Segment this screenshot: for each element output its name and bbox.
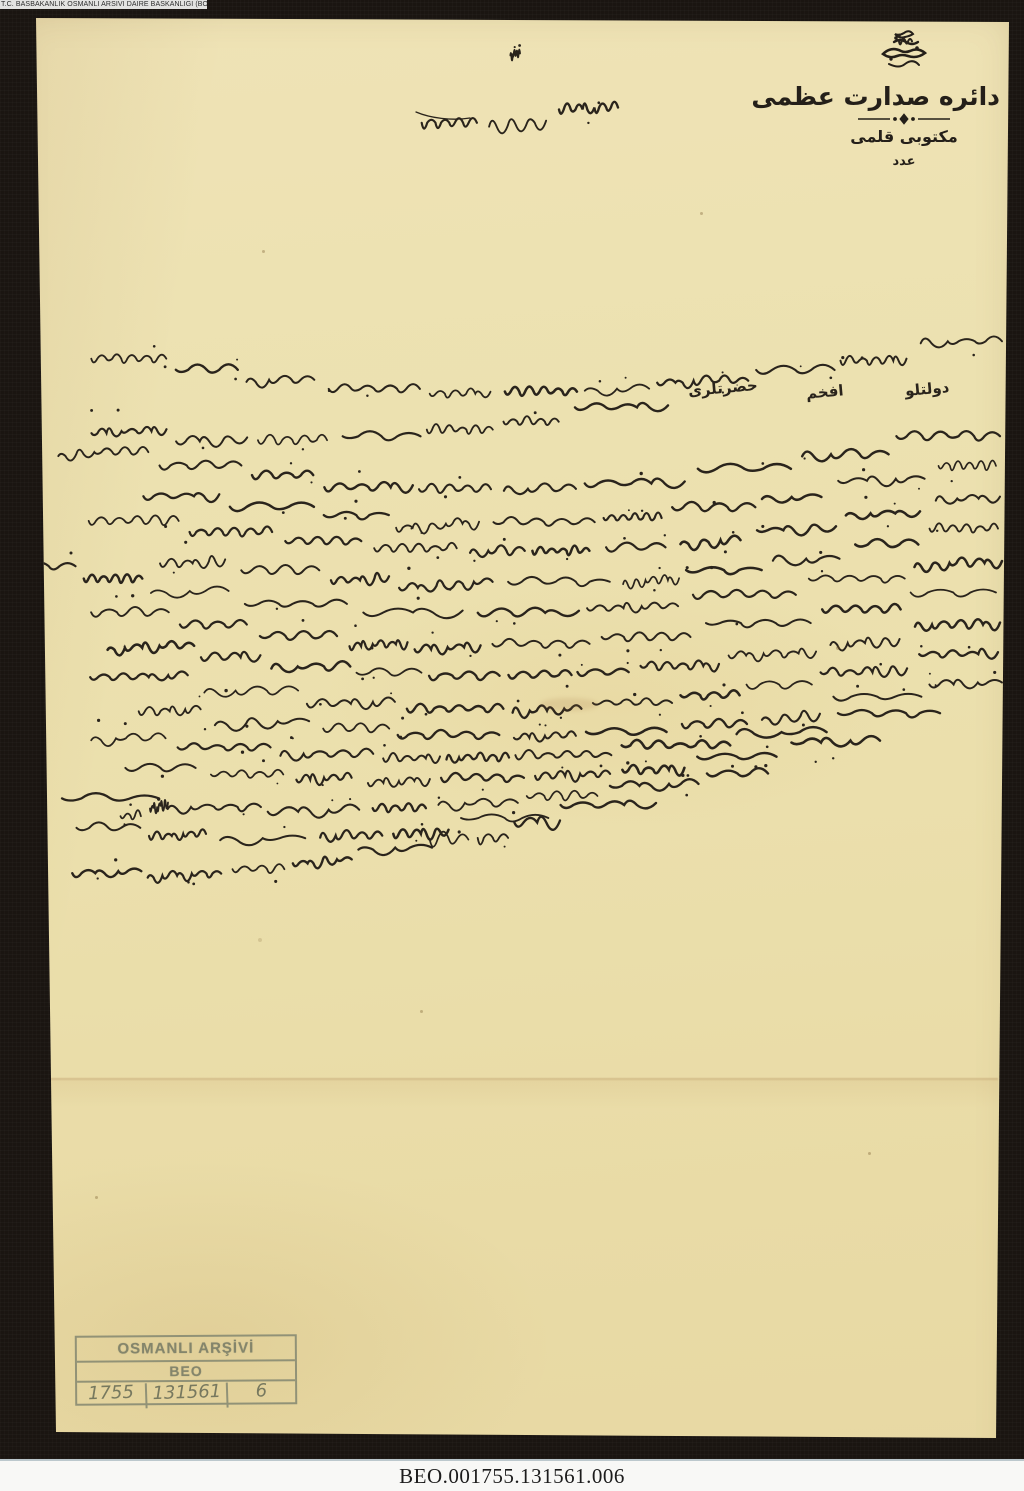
diacritic-dot xyxy=(310,481,312,483)
diacritic-dot xyxy=(420,532,422,534)
diacritic-dot xyxy=(361,678,364,681)
diacritic-dot xyxy=(407,567,410,570)
handwritten-word xyxy=(398,730,500,739)
handwritten-word xyxy=(585,385,649,396)
handwritten-word xyxy=(504,416,559,425)
diacritic-dot xyxy=(504,846,506,848)
handwritten-word xyxy=(84,574,142,583)
handwritten-word xyxy=(415,643,481,655)
diacritic-dot xyxy=(283,826,285,828)
diacritic-dot xyxy=(411,528,413,530)
speck xyxy=(420,1010,423,1013)
handwritten-line xyxy=(90,403,668,451)
diacritic-dot xyxy=(627,662,629,664)
handwritten-word xyxy=(0,563,75,570)
diacritic-dot xyxy=(951,480,953,482)
stamp-field-gomlek: 131561 xyxy=(145,1381,227,1409)
handwritten-word xyxy=(602,632,691,641)
diacritic-dot xyxy=(687,774,690,777)
handwritten-line xyxy=(422,101,618,133)
diacritic-dot xyxy=(761,525,764,528)
diacritic-dot xyxy=(243,813,245,815)
diacritic-dot xyxy=(626,649,629,652)
diacritic-dot xyxy=(710,566,713,569)
handwritten-line xyxy=(160,523,998,591)
handwritten-word xyxy=(430,388,491,397)
handwritten-word xyxy=(441,773,524,782)
diacritic-dot xyxy=(302,448,304,450)
diacritic-dot xyxy=(722,683,725,686)
diacritic-dot xyxy=(157,798,160,801)
handwritten-word xyxy=(108,641,194,655)
salutation-word-devletlu: دولتلو xyxy=(904,378,950,400)
handwritten-word xyxy=(693,590,796,599)
handwritten-word xyxy=(514,731,576,741)
handwritten-word xyxy=(559,102,618,114)
handwriting-svg xyxy=(0,0,1024,1491)
handwritten-word xyxy=(285,537,361,545)
diacritic-dot xyxy=(302,619,305,622)
diacritic-dot xyxy=(815,761,817,763)
diacritic-dot xyxy=(732,531,735,534)
handwritten-word xyxy=(936,495,1000,504)
handwritten-word xyxy=(846,511,920,519)
letterhead-divider-ornament-icon xyxy=(856,113,952,125)
diacritic-dot xyxy=(623,537,626,540)
handwritten-line xyxy=(108,619,1000,687)
handwritten-word xyxy=(58,447,148,461)
diacritic-dot xyxy=(245,725,248,728)
handwritten-word xyxy=(504,483,576,494)
handwritten-word xyxy=(756,365,834,374)
diacritic-dot xyxy=(224,689,227,692)
diacritic-dot xyxy=(660,649,662,651)
handwritten-word xyxy=(575,403,668,411)
handwritten-word xyxy=(830,638,899,651)
diacritic-dot xyxy=(97,877,99,879)
diacritic-dot xyxy=(517,700,520,703)
speck xyxy=(700,212,703,215)
diacritic-dot xyxy=(97,719,100,722)
diacritic-dot xyxy=(653,589,656,592)
handwritten-word xyxy=(840,356,906,365)
handwritten-word xyxy=(757,525,836,536)
diacritic-dot xyxy=(633,693,636,696)
handwritten-word xyxy=(220,836,305,846)
handwritten-word xyxy=(447,753,510,763)
diacritic-dot xyxy=(841,356,844,359)
diacritic-dot xyxy=(664,534,666,536)
handwritten-word xyxy=(139,706,201,716)
handwritten-word xyxy=(168,804,261,814)
handwritten-word xyxy=(623,575,679,589)
diacritic-dot xyxy=(518,44,521,47)
handwritten-word xyxy=(809,575,905,582)
handwritten-word xyxy=(190,527,273,537)
manuscript-paper-sheet: دائره صدارت عظمى مكتوبى قلمى عدد دولتلو … xyxy=(0,0,1024,1491)
diacritic-dot xyxy=(597,101,600,104)
diacritic-dot xyxy=(645,760,647,762)
diacritic-dot xyxy=(421,823,424,826)
handwritten-word xyxy=(176,364,238,372)
handwritten-word xyxy=(510,50,520,61)
handwritten-line xyxy=(89,495,1000,562)
diacritic-dot xyxy=(802,724,805,727)
handwritten-word xyxy=(148,871,221,883)
handwritten-word xyxy=(509,670,572,678)
diacritic-dot xyxy=(371,647,374,650)
diacritic-dot xyxy=(972,354,975,357)
diacritic-dot xyxy=(766,745,769,748)
handwritten-word xyxy=(374,543,457,552)
handwritten-word xyxy=(802,449,888,461)
scanned-document-viewport: دائره صدارت عظمى مكتوبى قلمى عدد دولتلو … xyxy=(0,0,1024,1491)
handwritten-word xyxy=(929,523,998,532)
diacritic-dot xyxy=(819,551,822,554)
diacritic-dot xyxy=(513,622,516,625)
handwritten-word xyxy=(201,652,260,662)
diacritic-dot xyxy=(358,470,361,473)
handwritten-word xyxy=(160,461,242,470)
diacritic-dot xyxy=(469,655,471,657)
diacritic-dot xyxy=(390,692,392,694)
handwritten-word xyxy=(430,832,469,847)
handwritten-line xyxy=(58,431,1000,498)
handwritten-word xyxy=(91,354,166,363)
diacritic-dot xyxy=(561,766,563,768)
diacritic-dot xyxy=(599,380,602,383)
handwritten-word xyxy=(622,765,684,776)
diacritic-dot xyxy=(236,359,238,361)
speck xyxy=(258,938,262,942)
diacritic-dot xyxy=(628,509,630,511)
handwritten-word xyxy=(180,620,247,629)
handwritten-word xyxy=(429,672,500,681)
handwritten-line xyxy=(125,736,880,791)
handwritten-word xyxy=(585,479,685,488)
diacritic-dot xyxy=(566,685,569,688)
letterhead-number-label: عدد xyxy=(808,154,1000,169)
handwritten-word xyxy=(686,567,761,574)
handwritten-word xyxy=(532,546,589,556)
reference-strip: BEO.001755.131561.006 xyxy=(0,1459,1024,1491)
handwritten-word xyxy=(349,640,407,650)
diacritic-dot xyxy=(534,411,537,414)
diacritic-dot xyxy=(482,789,484,791)
diacritic-dot xyxy=(862,468,865,471)
handwritten-word xyxy=(230,503,314,512)
diacritic-dot xyxy=(366,394,368,396)
diacritic-dot xyxy=(686,566,689,569)
handwritten-line xyxy=(0,552,1002,625)
handwritten-word xyxy=(178,743,271,750)
diacritic-dot xyxy=(115,595,118,598)
handwritten-word xyxy=(90,672,188,681)
handwritten-word xyxy=(91,733,165,746)
diacritic-dot xyxy=(187,881,190,884)
diacritic-dot xyxy=(754,765,757,768)
diacritic-dot xyxy=(600,765,603,768)
diacritic-dot xyxy=(640,472,643,475)
diacritic-dot xyxy=(929,673,931,675)
handwritten-word xyxy=(762,495,821,503)
handwritten-word xyxy=(268,805,360,818)
diacritic-dot xyxy=(800,365,802,367)
handwritten-word xyxy=(258,435,327,445)
handwritten-word xyxy=(915,558,1003,572)
diacritic-dot xyxy=(626,761,629,764)
handwritten-word xyxy=(383,753,440,763)
handwritten-word xyxy=(911,590,996,597)
diacritic-dot xyxy=(761,462,764,465)
handwritten-word xyxy=(762,711,820,725)
diacritic-dot xyxy=(123,823,125,825)
diacritic-dot xyxy=(282,511,285,514)
handwritten-word xyxy=(492,639,589,648)
diacritic-dot xyxy=(161,775,164,778)
handwritten-word xyxy=(737,727,827,738)
handwritten-word xyxy=(792,736,881,746)
handwritten-word xyxy=(640,661,719,672)
handwritten-word xyxy=(323,723,389,732)
annotation-tail-stroke xyxy=(416,112,470,119)
handwritten-word xyxy=(143,493,219,502)
stamp-number-row: 1755 131561 6 xyxy=(77,1381,295,1408)
diacritic-dot xyxy=(832,757,834,759)
diacritic-dot xyxy=(400,736,403,739)
diacritic-dot xyxy=(713,501,716,504)
handwritten-word xyxy=(233,864,285,873)
stamp-field-dosya: 1755 xyxy=(77,1381,146,1408)
handwritten-word xyxy=(407,704,504,713)
diacritic-dot xyxy=(920,645,923,648)
handwritten-word xyxy=(729,649,817,662)
diacritic-dot xyxy=(918,488,920,490)
handwritten-word xyxy=(396,518,479,533)
diacritic-dot xyxy=(458,476,461,479)
diacritic-dot xyxy=(241,751,244,754)
handwritten-word xyxy=(77,822,141,830)
handwritten-word xyxy=(461,814,548,821)
diacritic-dot xyxy=(425,713,428,716)
diacritic-dot xyxy=(276,608,278,610)
handwritten-word xyxy=(422,118,477,129)
handwritten-word xyxy=(438,799,518,811)
diacritic-dot xyxy=(322,784,324,786)
diacritic-dot xyxy=(722,371,724,373)
handwritten-line xyxy=(510,44,521,60)
diacritic-dot xyxy=(129,803,132,806)
salutation-word-hazretleri: حضرتلرى xyxy=(687,376,758,400)
letterhead-bureau-title: مكتوبى قلمى xyxy=(808,127,1000,146)
diacritic-dot xyxy=(262,759,265,762)
diacritic-dot xyxy=(724,550,727,553)
handwritten-word xyxy=(577,669,628,676)
diacritic-dot xyxy=(731,765,734,768)
handwritten-word xyxy=(211,770,283,778)
diacritic-dot xyxy=(153,345,156,348)
handwritten-word xyxy=(373,803,426,812)
stamp-field-sira: 6 xyxy=(226,1380,296,1407)
diacritic-dot xyxy=(735,623,738,626)
handwritten-word xyxy=(470,545,525,557)
diacritic-dot xyxy=(204,728,206,730)
handwritten-line xyxy=(143,461,996,534)
handwritten-word xyxy=(478,608,579,617)
diacritic-dot xyxy=(699,735,702,738)
handwritten-word xyxy=(821,666,908,677)
handwritten-word xyxy=(822,604,900,613)
handwritten-word xyxy=(706,620,811,628)
handwritten-line xyxy=(91,336,1002,397)
diacritic-dot xyxy=(131,594,134,597)
handwritten-word xyxy=(245,600,347,607)
diacritic-dot xyxy=(417,597,420,600)
handwritten-word xyxy=(587,603,678,613)
handwritten-word xyxy=(393,829,448,840)
handwritten-word xyxy=(527,791,598,801)
speck xyxy=(95,1196,98,1199)
diacritic-dot xyxy=(290,462,292,464)
reference-code: BEO.001755.131561.006 xyxy=(399,1464,625,1488)
handwritten-word xyxy=(838,710,940,717)
diacritic-dot xyxy=(328,389,331,392)
handwritten-word xyxy=(204,686,298,696)
diacritic-dot xyxy=(354,500,357,503)
handwritten-word xyxy=(855,539,918,547)
handwritten-word xyxy=(773,556,840,566)
handwritten-word xyxy=(838,476,924,486)
diacritic-dot xyxy=(879,663,882,666)
handwritten-word xyxy=(478,834,508,844)
handwritten-word xyxy=(324,482,412,493)
diacritic-dot xyxy=(625,377,627,379)
diacritic-dot xyxy=(861,356,864,359)
handwritten-line xyxy=(62,765,768,818)
diacritic-dot xyxy=(894,503,896,505)
diacritic-dot xyxy=(164,525,167,528)
diacritic-dot xyxy=(449,588,451,590)
diacritic-dot xyxy=(124,645,126,647)
letterhead: دائره صدارت عظمى مكتوبى قلمى عدد xyxy=(808,26,1000,169)
handwritten-word xyxy=(514,817,560,830)
diacritic-dot xyxy=(173,572,175,574)
handwritten-word xyxy=(260,631,337,640)
diacritic-dot xyxy=(659,714,661,716)
handwritten-word xyxy=(622,740,731,749)
diacritic-dot xyxy=(70,552,73,555)
diacritic-dot xyxy=(968,646,971,649)
diacritic-dot xyxy=(354,624,357,627)
handwritten-word xyxy=(160,556,225,568)
handwritten-line xyxy=(430,817,560,848)
handwritten-word xyxy=(363,609,462,619)
diacritic-dot xyxy=(415,840,417,842)
diacritic-dot xyxy=(641,510,643,512)
diacritic-dot xyxy=(344,517,347,520)
handwritten-word xyxy=(329,384,420,392)
archive-header-label: T.C. BASBAKANLIK OSMANLI ARSIVI DAIRE BA… xyxy=(0,0,207,9)
salutation-word-efham: افخم xyxy=(805,381,844,402)
diacritic-dot xyxy=(936,530,938,532)
diacritic-dot xyxy=(319,703,322,706)
handwritten-word xyxy=(680,690,739,699)
handwritten-word xyxy=(427,424,493,434)
handwritten-word xyxy=(320,830,382,842)
diacritic-dot xyxy=(124,722,127,725)
handwritten-word xyxy=(682,719,747,728)
handwritten-line xyxy=(91,590,996,658)
handwritten-word xyxy=(296,773,351,785)
handwritten-line xyxy=(77,801,657,846)
handwritten-word xyxy=(610,779,699,790)
handwritten-word xyxy=(125,764,195,771)
diacritic-dot xyxy=(993,671,996,674)
handwritten-word xyxy=(508,577,610,586)
diacritic-dot xyxy=(192,883,195,886)
handwritten-word xyxy=(561,801,656,809)
diacritic-dot xyxy=(512,811,515,814)
handwritten-word xyxy=(151,587,229,598)
diacritic-dot xyxy=(558,654,561,657)
diacritic-dot xyxy=(856,685,859,688)
diacritic-dot xyxy=(444,495,447,498)
letterhead-office-title: دائره صدارت عظمى xyxy=(808,82,1000,111)
diacritic-dot xyxy=(503,538,506,541)
stain xyxy=(540,698,598,711)
diacritic-dot xyxy=(199,695,201,697)
handwritten-word xyxy=(307,698,395,710)
diacritic-dot xyxy=(274,880,277,883)
diacritic-dot xyxy=(803,457,805,459)
diacritic-dot xyxy=(114,858,117,861)
handwritten-word xyxy=(606,543,665,552)
handwritten-word xyxy=(176,436,247,447)
handwritten-word xyxy=(252,471,313,480)
diacritic-dot xyxy=(544,724,546,726)
diacritic-dot xyxy=(276,783,278,785)
handwritten-word xyxy=(896,431,1000,440)
diacritic-dot xyxy=(710,705,712,707)
handwritten-line xyxy=(72,840,432,885)
handwritten-word xyxy=(929,680,1002,689)
handwritten-word xyxy=(586,728,666,735)
handwritten-word xyxy=(368,777,430,786)
handwritten-word xyxy=(921,336,1002,347)
handwritten-word xyxy=(747,681,812,689)
diacritic-dot xyxy=(496,620,498,622)
handwritten-word xyxy=(697,753,776,759)
handwritten-word xyxy=(150,800,168,813)
handwritten-word xyxy=(419,484,491,493)
diacritic-dot xyxy=(587,122,589,124)
diacritic-dot xyxy=(431,631,433,633)
diacritic-dot xyxy=(560,717,562,719)
handwritten-word xyxy=(919,649,998,659)
handwritten-word xyxy=(331,573,389,585)
handwritten-word xyxy=(681,536,741,550)
handwritten-word xyxy=(593,698,672,705)
handwritten-word xyxy=(604,513,662,521)
handwritten-word xyxy=(505,387,577,396)
diacritic-dot xyxy=(90,409,93,412)
diacritic-dot xyxy=(741,711,744,714)
handwritten-word xyxy=(358,845,432,855)
handwritten-word xyxy=(939,461,997,471)
handwritten-word xyxy=(149,829,206,840)
diacritic-dot xyxy=(383,744,386,747)
diacritic-dot xyxy=(349,798,351,800)
